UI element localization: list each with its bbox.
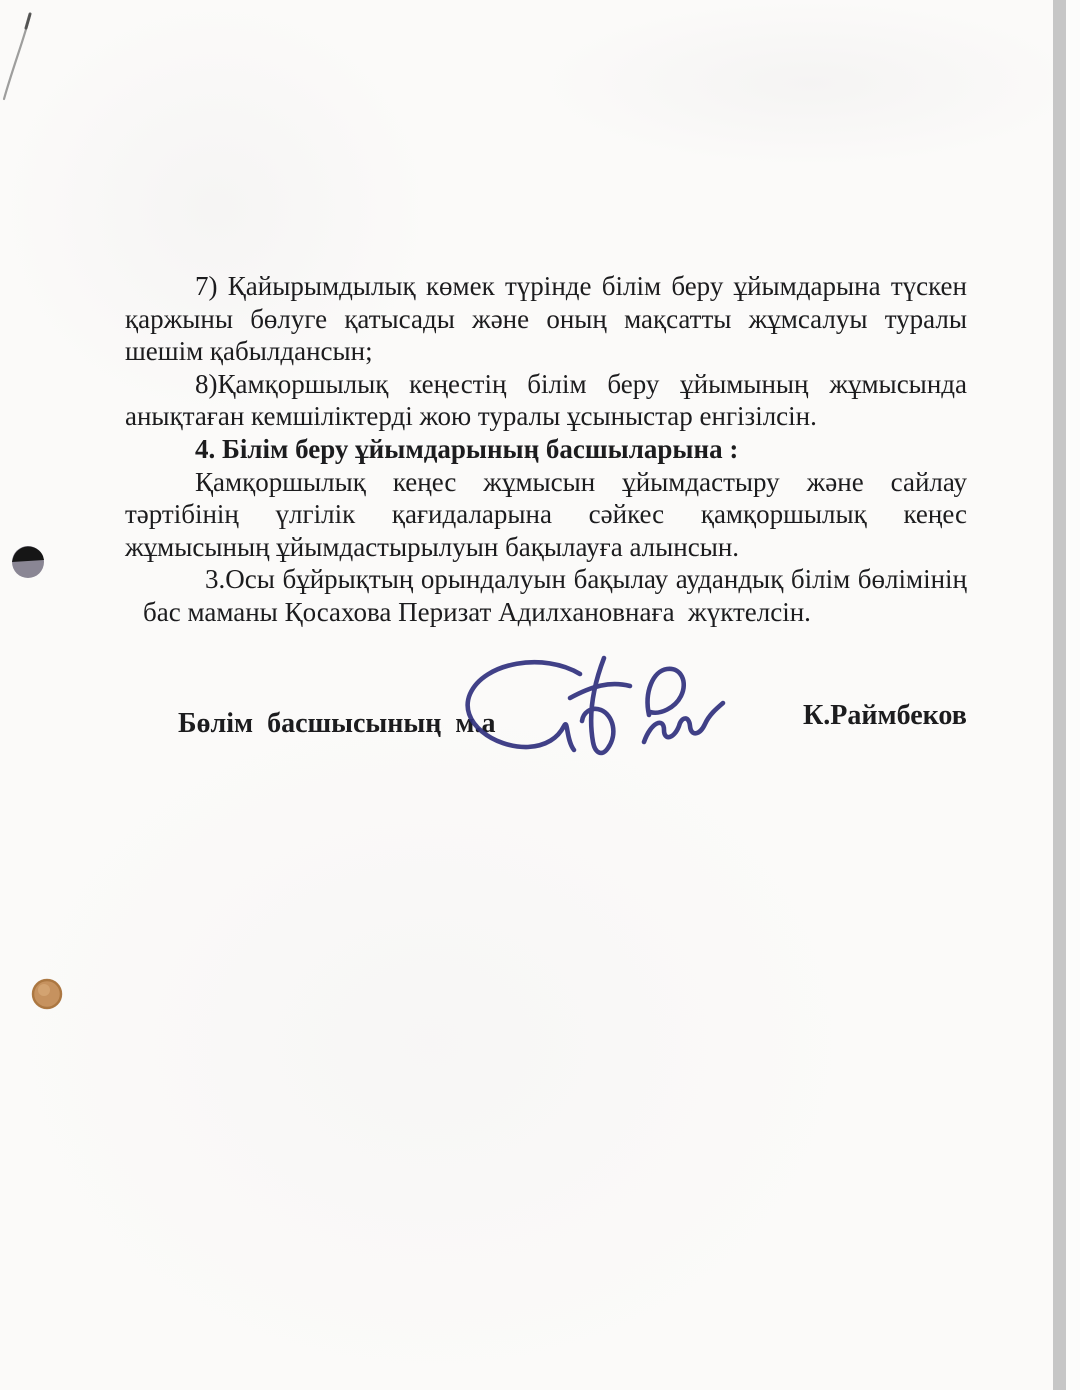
signer-role-label: Бөлім басшысының м.а xyxy=(178,708,496,740)
scanned-document-page: 7) Қайырымдылық көмек түрінде білім беру… xyxy=(0,0,1080,1390)
page-edge-shadow xyxy=(1053,0,1066,1390)
hole-punch-dark xyxy=(11,544,45,580)
paragraph-7-line-3: шешім қабылдансын; xyxy=(125,335,967,368)
hole-punch-tan xyxy=(30,977,64,1011)
section-4-line-3: жұмысының ұйымдастырылуын бақылауға алын… xyxy=(125,531,967,564)
scan-background-strip xyxy=(1066,0,1080,1390)
paragraph-3-line-2: бас маманы Қосахова Перизат Адилхановнағ… xyxy=(125,596,967,629)
paragraph-8-line-2: анықтаған кемшіліктерді жою туралы ұсыны… xyxy=(125,400,967,433)
paragraph-3-line-1: 3.Осы бұйрықтың орындалуын бақылау аудан… xyxy=(125,563,967,596)
section-4-line-2: тәртібінің үлгілік қағидаларына сәйкес қ… xyxy=(125,498,967,531)
handwritten-signature xyxy=(452,652,732,772)
paragraph-7-line-2: қаржыны бөлуге қатысады және оның мақсат… xyxy=(125,303,967,336)
paragraph-7-line-1: 7) Қайырымдылық көмек түрінде білім беру… xyxy=(125,270,967,303)
paragraph-8-line-1: 8)Қамқоршылық кеңестің білім беру ұйымын… xyxy=(125,368,967,401)
section-4-line-1: Қамқоршылық кеңес жұмысын ұйымдастыру жә… xyxy=(125,466,967,499)
scan-scratch-artifact xyxy=(0,5,42,105)
document-body-text: 7) Қайырымдылық көмек түрінде білім беру… xyxy=(125,270,967,629)
signer-name: К.Раймбеков xyxy=(803,700,967,732)
section-4-heading: 4. Білім беру ұйымдарының басшыларына : xyxy=(125,433,967,466)
